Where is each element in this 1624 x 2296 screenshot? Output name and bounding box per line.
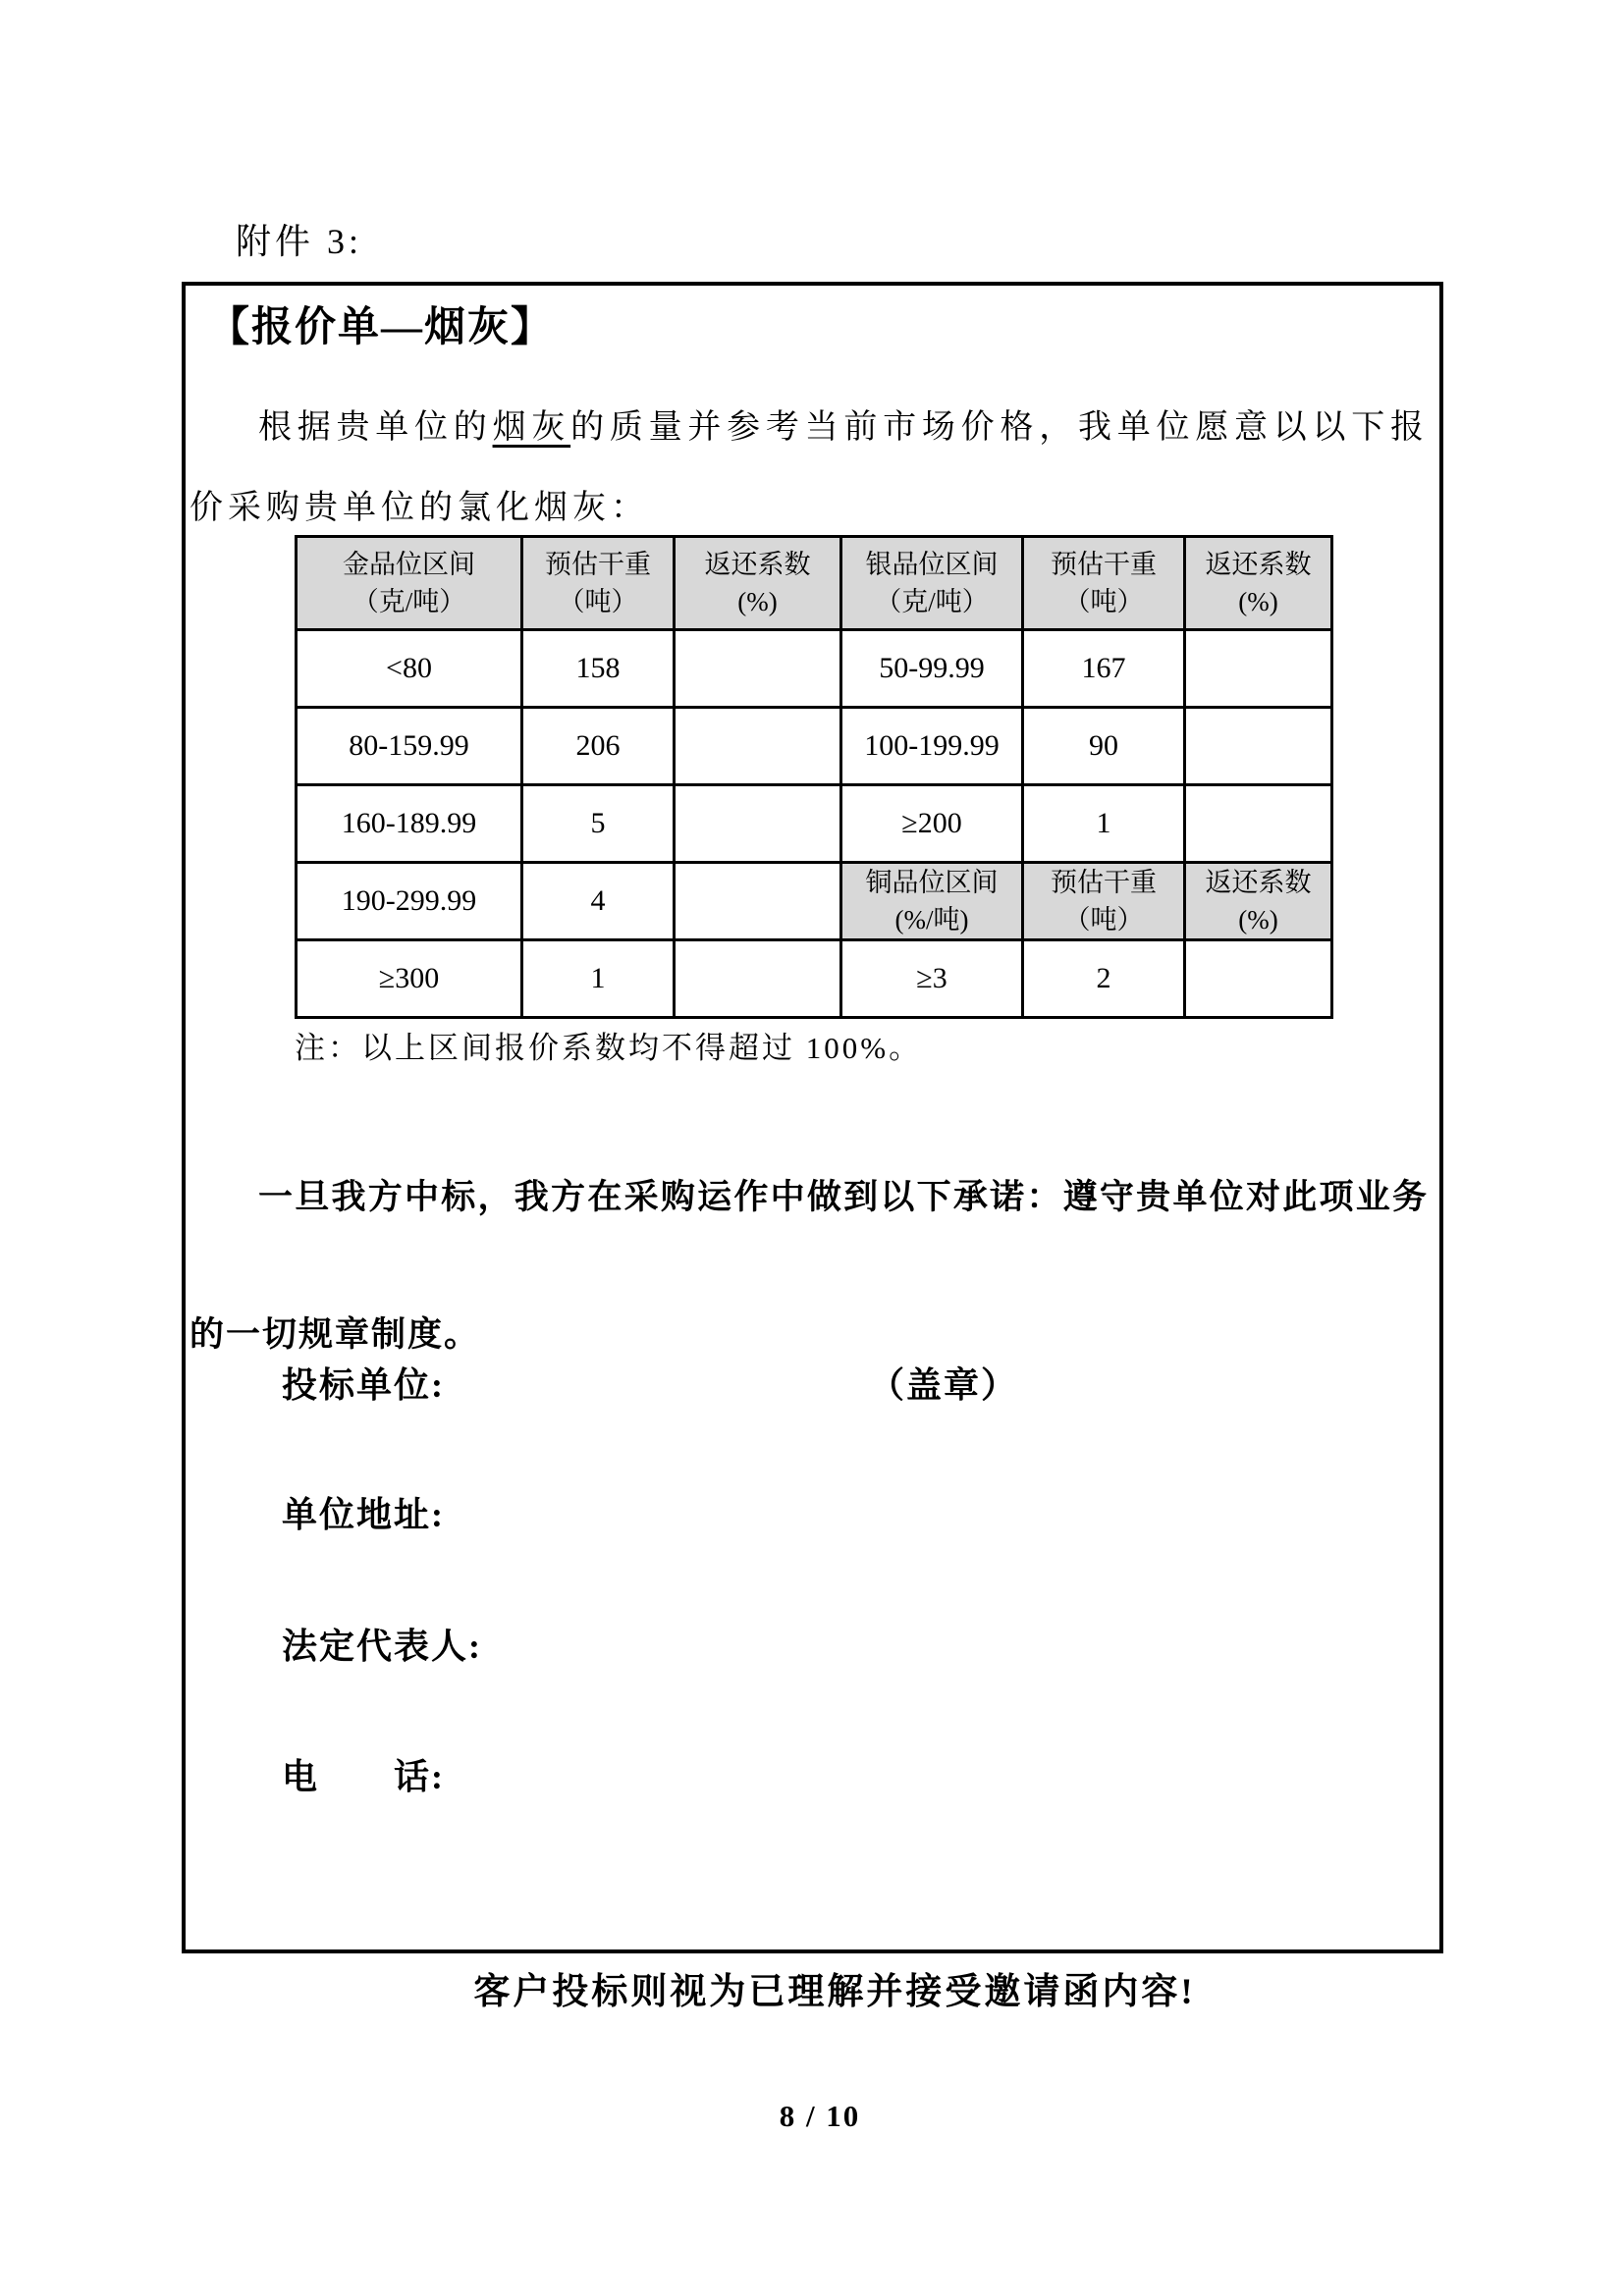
field-bidder-unit: 投标单位: （盖章）	[282, 1358, 445, 1408]
field-legal-representative: 法定代表人:	[282, 1619, 482, 1669]
column-header-est-dry-weight-1: 预估干重（吨）	[522, 537, 675, 630]
table-cell: 1	[522, 940, 675, 1018]
footer-note: 客户投标则视为已理解并接受邀请函内容!	[0, 1961, 1624, 2014]
column-header-return-coeff-3: 返还系数(%)	[1185, 863, 1332, 940]
table-cell: ≥200	[841, 785, 1023, 863]
table-cell-blank	[675, 785, 841, 863]
field-legal-representative-label: 法定代表人:	[282, 1627, 482, 1666]
attachment-label: 附件 3:	[236, 214, 362, 264]
table-note: 注：以上区间报价系数均不得超过 100%。	[295, 1023, 922, 1067]
table-row: 80-159.99 206 100-199.99 90	[297, 708, 1332, 785]
column-header-copper-grade: 铜品位区间(%/吨)	[841, 863, 1023, 940]
table-cell: 158	[522, 630, 675, 708]
table-row: ≥300 1 ≥3 2	[297, 940, 1332, 1018]
table-cell-blank	[675, 863, 841, 940]
table-cell: 90	[1023, 708, 1185, 785]
column-header-est-dry-weight-2: 预估干重（吨）	[1023, 537, 1185, 630]
column-header-silver-grade: 银品位区间（克/吨）	[841, 537, 1023, 630]
table-row: <80 158 50-99.99 167	[297, 630, 1332, 708]
table-cell: 160-189.99	[297, 785, 522, 863]
quote-form-title: 【报价单—烟灰】	[208, 294, 554, 353]
table-cell-blank	[1185, 708, 1332, 785]
field-bidder-unit-label: 投标单位:	[282, 1365, 445, 1405]
column-header-return-coeff-2: 返还系数(%)	[1185, 537, 1332, 630]
table-cell-blank	[675, 708, 841, 785]
intro-text-underlined: 烟灰	[493, 409, 571, 446]
table-cell: 190-299.99	[297, 863, 522, 940]
table-cell: 206	[522, 708, 675, 785]
table-cell: 100-199.99	[841, 708, 1023, 785]
table-row: 160-189.99 5 ≥200 1	[297, 785, 1332, 863]
column-header-return-coeff-1: 返还系数(%)	[675, 537, 841, 630]
column-header-gold-grade: 金品位区间（克/吨）	[297, 537, 522, 630]
table-cell-blank	[675, 630, 841, 708]
table-cell: 80-159.99	[297, 708, 522, 785]
field-telephone-label: 电 话:	[282, 1757, 445, 1796]
document-page: 附件 3: 【报价单—烟灰】 根据贵单位的烟灰的质量并参考当前市场价格，我单位愿…	[0, 0, 1624, 2296]
table-row: 190-299.99 4 铜品位区间(%/吨) 预估干重（吨） 返还系数(%)	[297, 863, 1332, 940]
table-cell: 1	[1023, 785, 1185, 863]
table-cell: 2	[1023, 940, 1185, 1018]
intro-text-pre: 根据贵单位的	[258, 409, 493, 446]
field-unit-address: 单位地址:	[282, 1487, 445, 1537]
page-number: 8 / 10	[0, 2099, 1624, 2134]
intro-paragraph: 根据贵单位的烟灰的质量并参考当前市场价格，我单位愿意以以下报价采购贵单位的氯化烟…	[189, 388, 1429, 549]
table-cell: 167	[1023, 630, 1185, 708]
table-cell: 50-99.99	[841, 630, 1023, 708]
table-cell-blank	[1185, 785, 1332, 863]
field-unit-address-label: 单位地址:	[282, 1495, 445, 1534]
quotation-table: 金品位区间（克/吨） 预估干重（吨） 返还系数(%) 银品位区间（克/吨） 预估…	[295, 535, 1333, 1019]
table-cell: ≥300	[297, 940, 522, 1018]
field-telephone: 电 话:	[282, 1749, 445, 1799]
table-cell: ≥3	[841, 940, 1023, 1018]
table-cell: 5	[522, 785, 675, 863]
table-cell: <80	[297, 630, 522, 708]
seal-hint-label: （盖章）	[869, 1358, 1018, 1408]
column-header-est-dry-weight-3: 预估干重（吨）	[1023, 863, 1185, 940]
table-cell-blank	[1185, 940, 1332, 1018]
table-cell-blank	[675, 940, 841, 1018]
table-cell-blank	[1185, 630, 1332, 708]
table-header-row: 金品位区间（克/吨） 预估干重（吨） 返还系数(%) 银品位区间（克/吨） 预估…	[297, 537, 1332, 630]
table-cell: 4	[522, 863, 675, 940]
